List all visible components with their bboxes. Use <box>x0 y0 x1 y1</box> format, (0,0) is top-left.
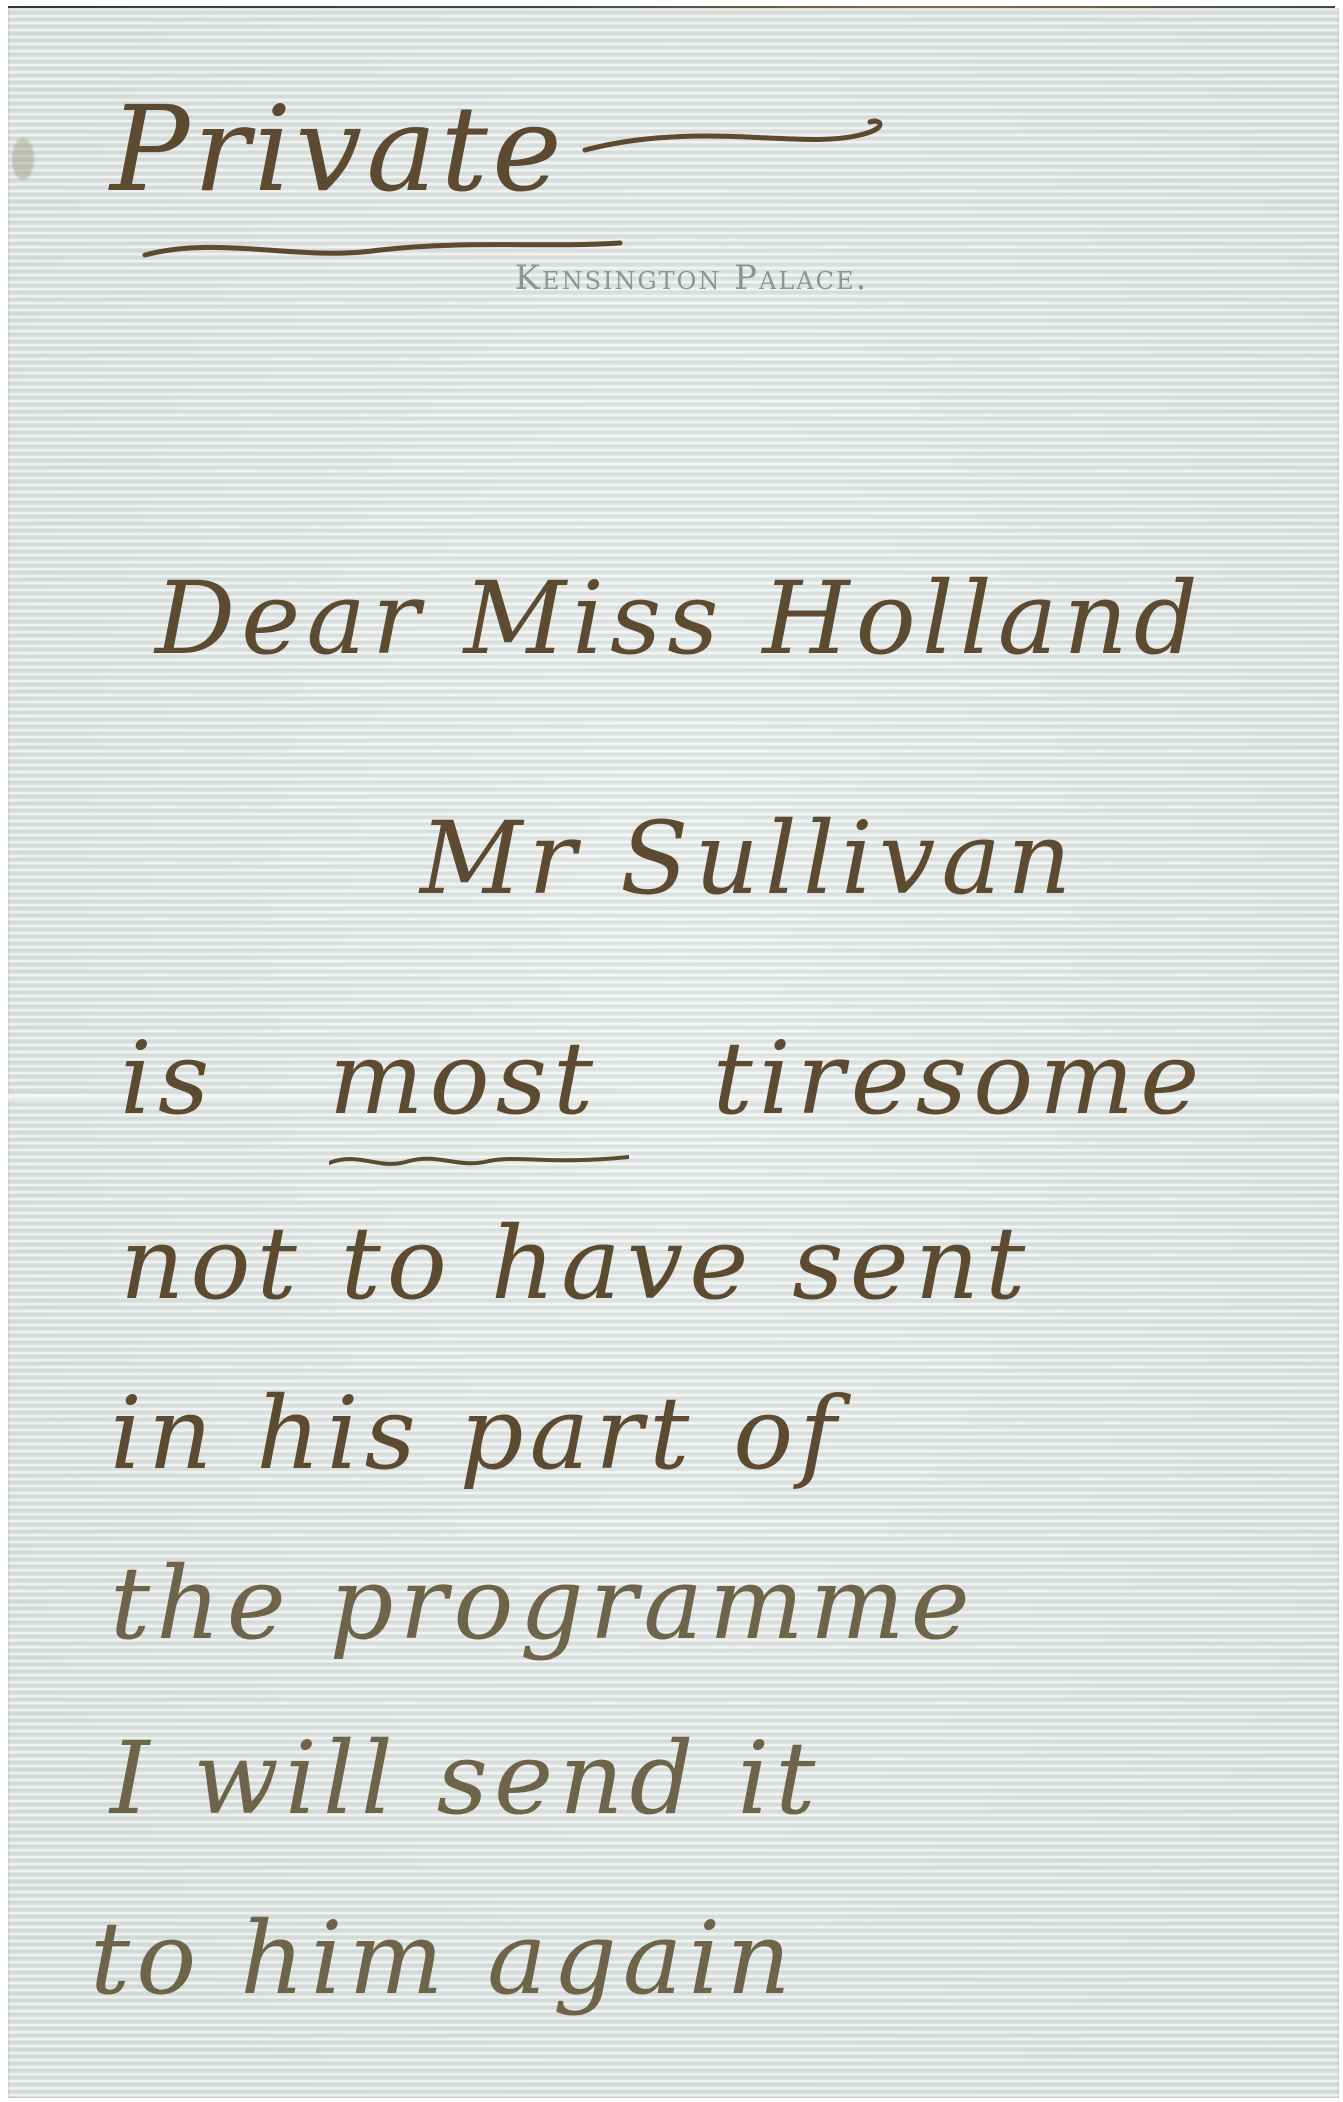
word-most: most <box>329 1020 600 1137</box>
private-marking: Private <box>110 80 566 218</box>
word-is: is <box>120 1020 215 1137</box>
emphasized-word: most <box>329 1020 637 1137</box>
body-line-6: I will send it <box>110 1720 822 1837</box>
body-line-2: is most tiresome <box>120 1020 1205 1137</box>
scanned-letter-page: Private Kensington Palace. Dear Miss Hol… <box>0 0 1343 2102</box>
body-line-4: in his part of <box>110 1375 842 1492</box>
salutation: Dear Miss Holland <box>155 560 1204 677</box>
letterhead: Kensington Palace. <box>0 258 1343 298</box>
word-tiresome: tiresome <box>713 1020 1206 1137</box>
paper-stain <box>12 138 34 180</box>
body-line-1: Mr Sullivan <box>420 800 1077 917</box>
body-line-5: the programme <box>110 1545 976 1662</box>
body-line-7: to him again <box>90 1900 797 2017</box>
wavy-underline <box>329 1151 629 1171</box>
body-line-3: not to have sent <box>120 1205 1031 1322</box>
